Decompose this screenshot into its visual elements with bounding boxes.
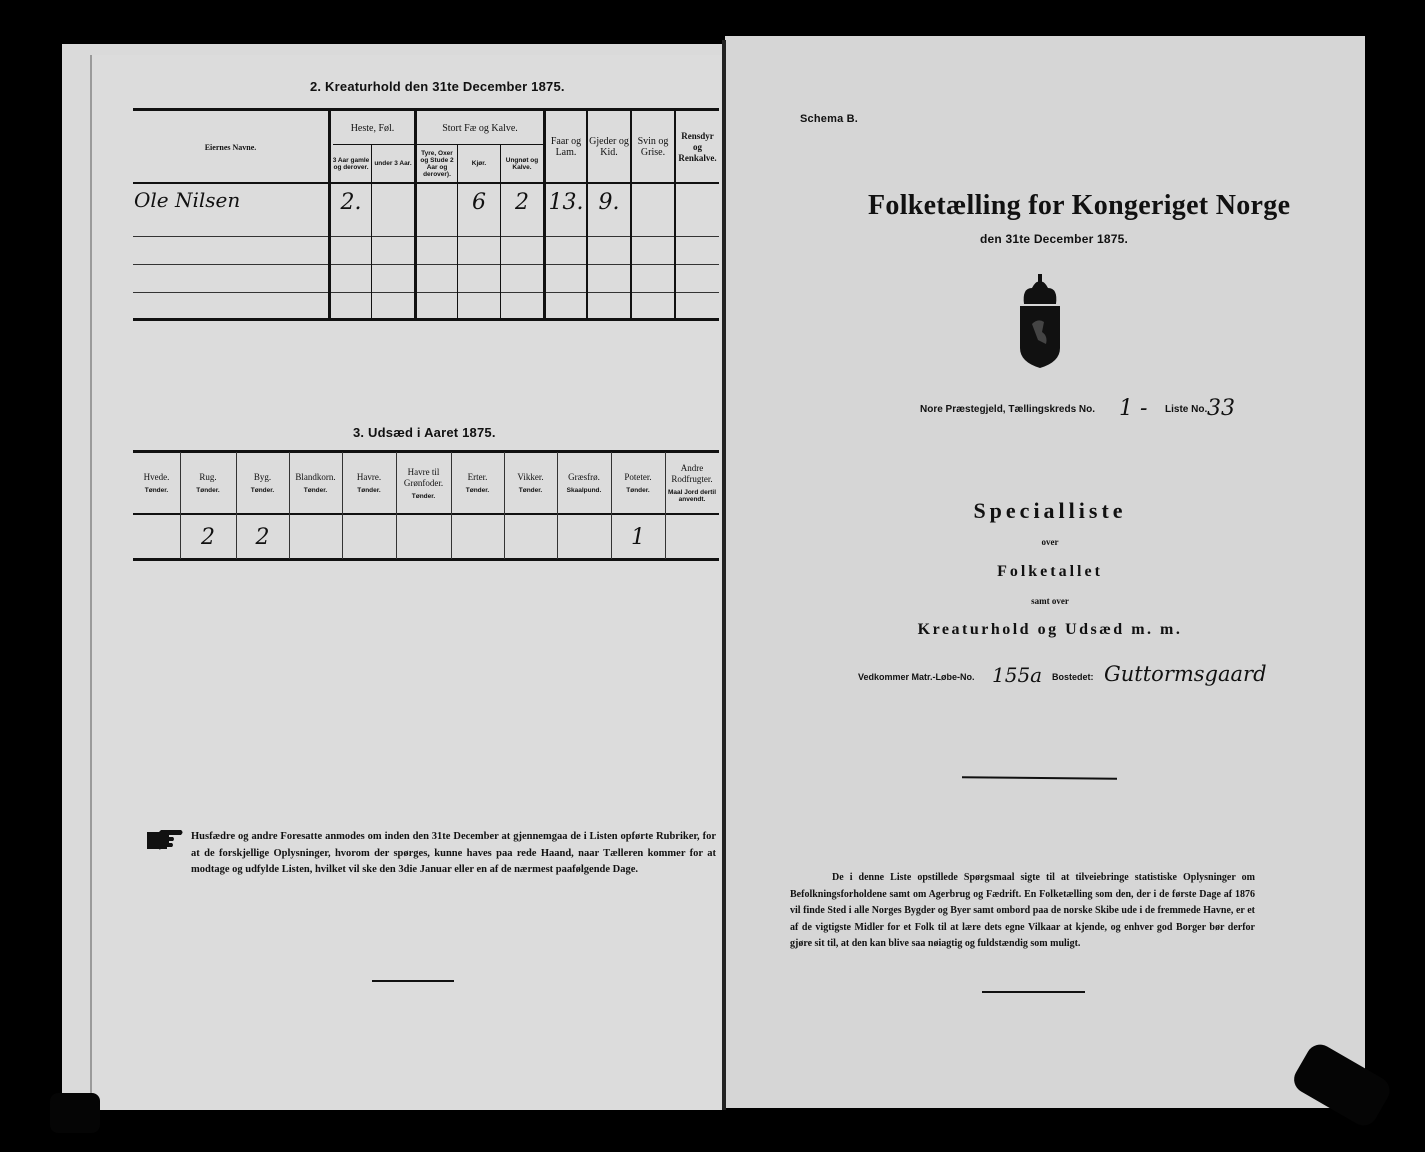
seed-header-0: Hvede.Tønder. [133, 455, 180, 511]
table1-bottom-rule [133, 318, 719, 321]
seed-value [289, 516, 342, 558]
value-cattle-young: 2 [501, 184, 543, 220]
parish-label: Nore Præstegjeld, Tællingskreds No. [920, 404, 1095, 415]
seed-col-unit: Tønder. [251, 487, 274, 494]
header-horses-group: Heste, Føl. [331, 112, 414, 144]
folketallet-label: Folketallet [880, 563, 1220, 581]
header-owner: Eiernes Navne. [133, 112, 328, 182]
seed-value [342, 516, 396, 558]
section2-title: 2. Kreaturhold den 31te December 1875. [310, 79, 565, 94]
bosted-value: Guttormsgaard [1104, 662, 1267, 686]
seed-col-name: Havre til Grønfoder. [396, 467, 451, 489]
finger-occlusion [50, 1093, 100, 1133]
intro-text: De i denne Liste opstillede Spørgsmaal s… [790, 870, 1255, 953]
seed-col-name: Andre Rodfrugter. [665, 463, 719, 485]
section3-title: 3. Udsæd i Aaret 1875. [353, 425, 496, 440]
seed-value: 2 [180, 516, 236, 558]
list-number: 33 [1207, 396, 1235, 421]
header-goats: Gjeder og Kid. [588, 112, 630, 182]
header-horses-under3: under 3 Aar. [372, 145, 414, 182]
seed-col-name: Blandkorn. [295, 472, 335, 483]
seed-header-5: Havre til Grønfoder.Tønder. [396, 455, 451, 511]
over-label: over [880, 537, 1220, 547]
seed-col-unit: Tønder. [357, 487, 380, 494]
seed-col-unit: Tønder. [304, 487, 327, 494]
left-end-rule [372, 980, 454, 982]
seed-col-name: Hvede. [144, 472, 170, 483]
seed-col-name: Poteter. [624, 472, 651, 483]
right-end-rule [982, 991, 1085, 993]
subtitle: den 31te December 1875. [980, 232, 1128, 246]
seed-value [665, 516, 719, 558]
owner-name: Ole Nilsen [134, 188, 240, 212]
seed-header-8: Græsfrø.Skaalpund. [557, 455, 611, 511]
table2-top-rule [133, 450, 719, 453]
seed-col-unit: Tønder. [466, 487, 489, 494]
seed-col-unit: Maal Jord dertil anvendt. [665, 489, 719, 503]
seed-value: 2 [236, 516, 289, 558]
seed-header-3: Blandkorn.Tønder. [289, 455, 342, 511]
seed-header-4: Havre.Tønder. [342, 455, 396, 511]
seed-col-name: Rug. [199, 472, 216, 483]
seed-col-name: Erter. [468, 472, 488, 483]
specialliste-title: Specialliste [880, 498, 1220, 524]
seed-header-9: Poteter.Tønder. [611, 455, 665, 511]
notice-text: Husfædre og andre Foresatte anmodes om i… [191, 829, 716, 879]
pointing-hand-icon [145, 828, 185, 852]
header-reindeer: Rensdyr og Renkalve. [676, 112, 719, 182]
seed-col-name: Byg. [254, 472, 271, 483]
seed-value [396, 516, 451, 558]
seed-col-unit: Skaalpund. [567, 487, 602, 494]
matr-label: Vedkommer Matr.-Løbe-No. [858, 672, 975, 682]
seed-header-10: Andre Rodfrugter.Maal Jord dertil anvend… [665, 455, 719, 511]
seed-col-unit: Tønder. [412, 493, 435, 500]
seed-header-1: Rug.Tønder. [180, 455, 236, 511]
seed-col-unit: Tønder. [196, 487, 219, 494]
header-cattle-cows: Kjør. [458, 145, 500, 182]
table2-bottom-rule [133, 558, 719, 561]
seed-value [451, 516, 504, 558]
header-pigs: Svin og Grise. [632, 112, 674, 182]
header-horses-3plus: 3 Aar gamle og derover. [331, 145, 371, 182]
bosted-label: Bostedet: [1052, 672, 1094, 682]
district-number: 1 - [1119, 396, 1147, 421]
seed-col-unit: Tønder. [145, 487, 168, 494]
header-cattle-young: Ungnøt og Kalve. [501, 145, 543, 182]
value-cattle-cows: 6 [458, 184, 500, 220]
seed-header-6: Erter.Tønder. [451, 455, 504, 511]
kreaturhold-label: Kreaturhold og Udsæd m. m. [880, 621, 1220, 639]
header-sheep: Faar og Lam. [546, 112, 586, 182]
header-cattle-bulls: Tyre, Oxer og Stude 2 Aar og derover). [417, 145, 457, 182]
seed-header-7: Vikker.Tønder. [504, 455, 557, 511]
norwegian-coat-of-arms-icon [1018, 274, 1062, 370]
seed-value [504, 516, 557, 558]
seed-col-name: Græsfrø. [568, 472, 600, 483]
table2-header-rule [133, 513, 719, 515]
main-title: Folketælling for Kongeriget Norge [868, 190, 1290, 222]
seed-value [133, 516, 180, 558]
seed-header-2: Byg.Tønder. [236, 455, 289, 511]
seed-col-name: Vikker. [517, 472, 543, 483]
schema-label: Schema B. [800, 113, 858, 125]
page-gutter [722, 40, 726, 1110]
samt-over-label: samt over [880, 596, 1220, 606]
seed-value [557, 516, 611, 558]
seed-col-unit: Tønder. [519, 487, 542, 494]
seed-col-unit: Tønder. [626, 487, 649, 494]
value-sheep: 13. [546, 184, 586, 220]
seed-value: 1 [611, 516, 665, 558]
list-label: Liste No. [1165, 404, 1207, 415]
value-horses-3plus: 2. [331, 184, 371, 220]
matr-number: 155a [992, 663, 1042, 687]
seed-col-name: Havre. [357, 472, 381, 483]
header-cattle-group: Stort Fæ og Kalve. [417, 112, 543, 144]
value-goats: 9. [588, 184, 630, 220]
